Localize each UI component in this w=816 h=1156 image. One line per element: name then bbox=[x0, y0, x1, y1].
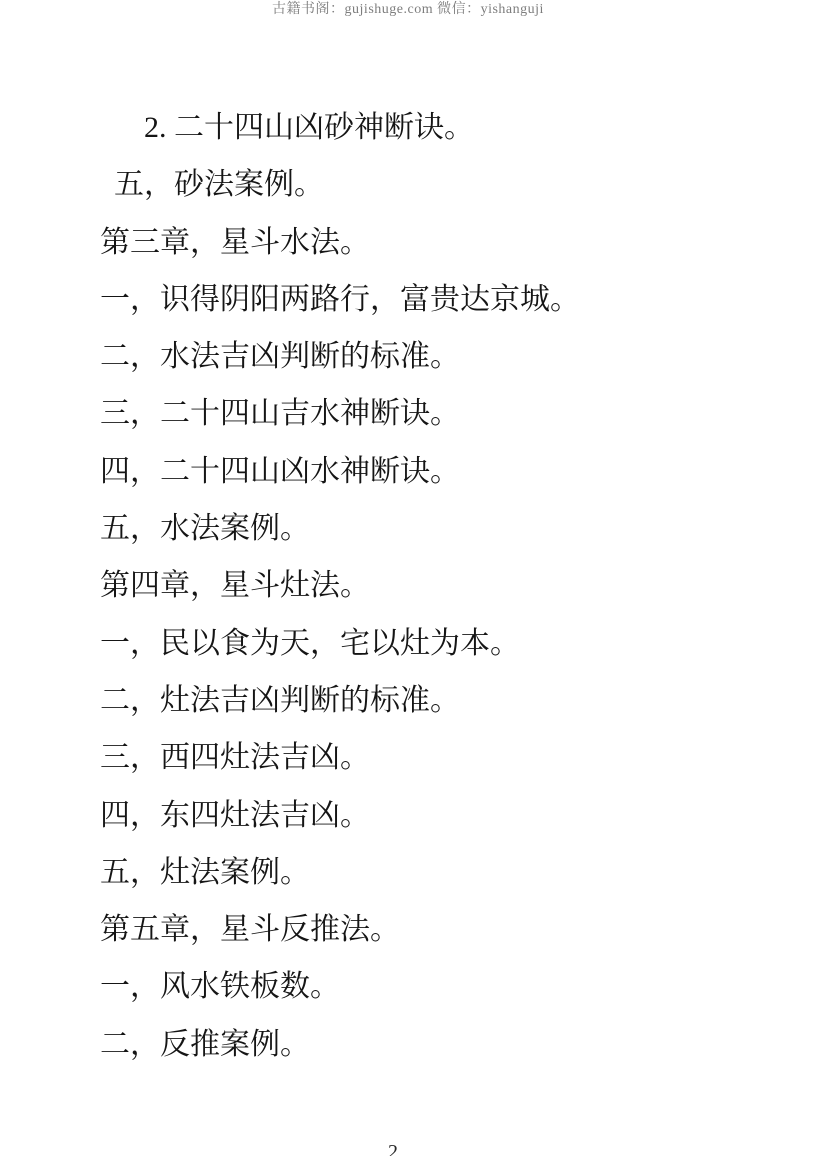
toc-line: 第四章，星斗灶法。 bbox=[100, 557, 756, 614]
toc-line: 四，东四灶法吉凶。 bbox=[100, 787, 756, 844]
toc-line: 二，反推案例。 bbox=[100, 1016, 756, 1073]
toc-line: 一，风水铁板数。 bbox=[100, 958, 756, 1015]
document-page: { "header": { "text": "古籍书阁：gujishuge.co… bbox=[0, 0, 816, 1156]
toc-line: 第三章，星斗水法。 bbox=[100, 214, 756, 271]
toc-line: 三，二十四山吉水神断诀。 bbox=[100, 385, 756, 442]
toc-content: 2. 二十四山凶砂神断诀。五，砂法案例。第三章，星斗水法。一，识得阴阳两路行，富… bbox=[100, 99, 756, 1073]
watermark-header: 古籍书阁：gujishuge.com 微信：yishanguji bbox=[0, 1, 816, 18]
toc-line: 三，西四灶法吉凶。 bbox=[100, 729, 756, 786]
toc-line: 第五章，星斗反推法。 bbox=[100, 901, 756, 958]
toc-line: 一，识得阴阳两路行，富贵达京城。 bbox=[100, 271, 756, 328]
toc-line: 五，灶法案例。 bbox=[100, 844, 756, 901]
toc-line: 二，水法吉凶判断的标准。 bbox=[100, 328, 756, 385]
toc-line: 五，水法案例。 bbox=[100, 500, 756, 557]
toc-line: 四，二十四山凶水神断诀。 bbox=[100, 443, 756, 500]
toc-line: 五，砂法案例。 bbox=[114, 156, 756, 213]
page-number: 2 bbox=[388, 1142, 398, 1156]
toc-line: 2. 二十四山凶砂神断诀。 bbox=[144, 99, 756, 156]
toc-line: 一，民以食为天，宅以灶为本。 bbox=[100, 615, 756, 672]
toc-line: 二，灶法吉凶判断的标准。 bbox=[100, 672, 756, 729]
